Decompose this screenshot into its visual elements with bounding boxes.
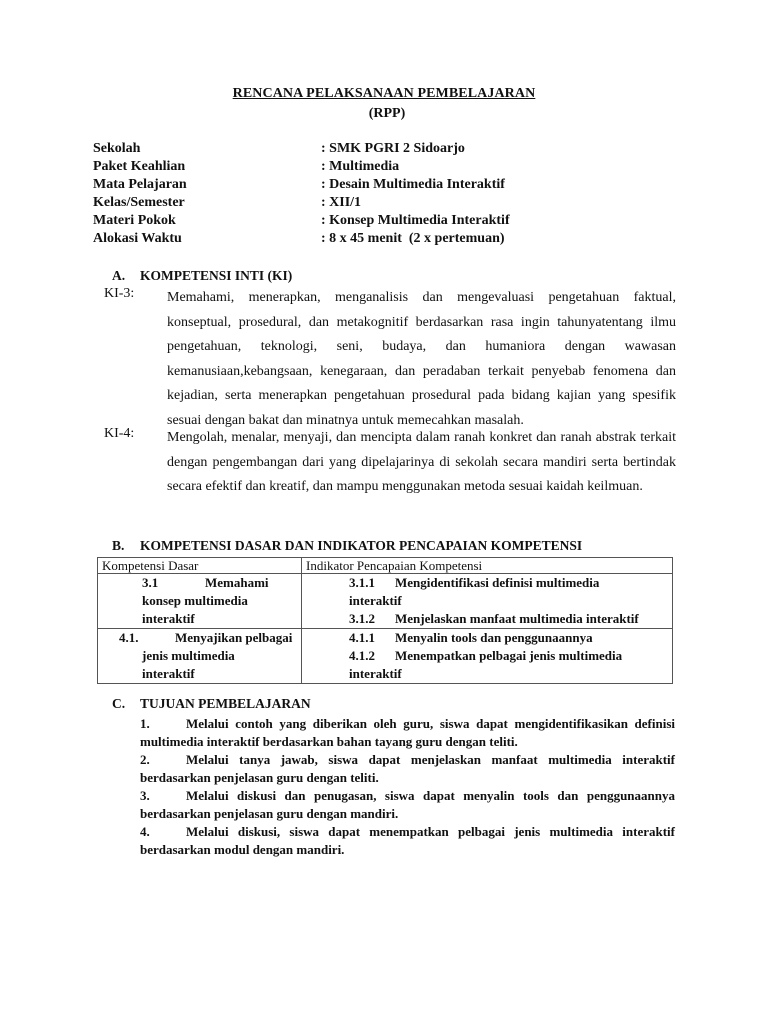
indicator-cell: 4.1.1Menyalin tools dan penggunaannya 4.… [302,629,673,684]
indicator-cont: interaktif [349,665,668,683]
document-subtitle: (RPP) [6,106,768,122]
objective-item: 1.Melalui contoh yang diberikan oleh gur… [140,715,675,751]
kd-cell: 4.1.Menyajikan pelbagai jenis multimedia… [98,629,302,684]
identity-value: : XII/1 [321,194,361,212]
identity-label: Sekolah [93,140,321,158]
indicator-code: 4.1.1 [349,629,395,647]
document-title-block: RENCANA PELAKSANAAN PEMBELAJARAN (RPP) [0,86,768,122]
objective-text: Melalui contoh yang diberikan oleh guru,… [140,716,675,749]
indicator-code: 4.1.2 [349,647,395,665]
identity-value: : Multimedia [321,158,399,176]
ki-item: KI-4: Mengolah, menalar, menyaji, dan me… [104,426,676,500]
kd-cell: 3.1Memahami konsep multimedia interaktif [98,574,302,629]
objective-item: 2.Melalui tanya jawab, siswa dapat menje… [140,751,675,787]
kd-text: Memahami [197,575,269,590]
objective-item: 3.Melalui diskusi dan penugasan, siswa d… [140,787,675,823]
ki-text: Mengolah, menalar, menyaji, dan mencipta… [167,426,676,500]
objective-number: 4. [140,823,186,841]
identity-label: Materi Pokok [93,212,321,230]
objective-number: 2. [140,751,186,769]
ki-item: KI-3: Memahami, menerapkan, menganalisis… [104,286,676,434]
document-title: RENCANA PELAKSANAAN PEMBELAJARAN [233,86,536,101]
section-title: TUJUAN PEMBELAJARAN [140,696,311,712]
indicator-cell: 3.1.1Mengidentifikasi definisi multimedi… [302,574,673,629]
section-letter: C. [112,696,140,712]
identity-row: Mata Pelajaran : Desain Multimedia Inter… [93,176,510,194]
section-letter: A. [112,268,140,284]
indicator-line: 4.1.2Menempatkan pelbagai jenis multimed… [349,647,668,665]
identity-row: Kelas/Semester : XII/1 [93,194,510,212]
identity-row: Sekolah : SMK PGRI 2 Sidoarjo [93,140,510,158]
competency-table: Kompetensi Dasar Indikator Pencapaian Ko… [97,557,673,684]
kd-text: interaktif [102,610,297,628]
kd-code: 3.1 [102,574,197,592]
section-title: KOMPETENSI DASAR DAN INDIKATOR PENCAPAIA… [140,538,582,554]
identity-value: : SMK PGRI 2 Sidoarjo [321,140,465,158]
identity-value: : Konsep Multimedia Interaktif [321,212,510,230]
objective-number: 1. [140,715,186,733]
identity-row: Paket Keahlian : Multimedia [93,158,510,176]
indicator-line: 4.1.1Menyalin tools dan penggunaannya [349,629,668,647]
kd-text: jenis multimedia [102,647,297,665]
ki-text: Memahami, menerapkan, menganalisis dan m… [167,286,676,434]
indicator-text: Mengidentifikasi definisi multimedia [395,574,599,592]
identity-row: Materi Pokok : Konsep Multimedia Interak… [93,212,510,230]
kd-text: konsep multimedia [102,592,297,610]
table-header-cell: Kompetensi Dasar [98,558,302,574]
kd-code: 4.1. [102,629,167,647]
objectives-list: 1.Melalui contoh yang diberikan oleh gur… [140,715,675,859]
identity-value: : 8 x 45 menit (2 x pertemuan) [321,230,505,248]
identity-label: Alokasi Waktu [93,230,321,248]
indicator-code: 3.1.2 [349,610,395,628]
section-c-heading: C. TUJUAN PEMBELAJARAN [112,696,311,712]
objective-text: Melalui tanya jawab, siswa dapat menjela… [140,752,675,785]
indicator-text: Menyalin tools dan penggunaannya [395,629,593,647]
section-letter: B. [112,538,140,554]
identity-row: Alokasi Waktu : 8 x 45 menit (2 x pertem… [93,230,510,248]
section-b-heading: B. KOMPETENSI DASAR DAN INDIKATOR PENCAP… [112,538,582,554]
table-row: 3.1Memahami konsep multimedia interaktif… [98,574,673,629]
indicator-line: 3.1.2Menjelaskan manfaat multimedia inte… [349,610,668,628]
indicator-line: 3.1.1Mengidentifikasi definisi multimedi… [349,574,668,592]
ki-label: KI-4: [104,426,134,442]
indicator-code: 3.1.1 [349,574,395,592]
ki-label: KI-3: [104,286,134,302]
document-page: RENCANA PELAKSANAAN PEMBELAJARAN (RPP) S… [0,0,768,1024]
objective-text: Melalui diskusi, siswa dapat menempatkan… [140,824,675,857]
kd-text: Menyajikan pelbagai [167,630,292,645]
identity-label: Mata Pelajaran [93,176,321,194]
kd-text: interaktif [102,665,297,683]
identity-value: : Desain Multimedia Interaktif [321,176,505,194]
objective-text: Melalui diskusi dan penugasan, siswa dap… [140,788,675,821]
objective-number: 3. [140,787,186,805]
identity-label: Paket Keahlian [93,158,321,176]
table-header-cell: Indikator Pencapaian Kompetensi [302,558,673,574]
indicator-text: Menjelaskan manfaat multimedia interakti… [395,610,639,628]
table-row: 4.1.Menyajikan pelbagai jenis multimedia… [98,629,673,684]
indicator-text: Menempatkan pelbagai jenis multimedia [395,647,622,665]
section-a-heading: A. KOMPETENSI INTI (KI) [112,268,292,284]
table-header-row: Kompetensi Dasar Indikator Pencapaian Ko… [98,558,673,574]
identity-block: Sekolah : SMK PGRI 2 Sidoarjo Paket Keah… [93,140,510,248]
objective-item: 4.Melalui diskusi, siswa dapat menempatk… [140,823,675,859]
indicator-cont: interaktif [349,592,668,610]
section-title: KOMPETENSI INTI (KI) [140,268,292,284]
identity-label: Kelas/Semester [93,194,321,212]
